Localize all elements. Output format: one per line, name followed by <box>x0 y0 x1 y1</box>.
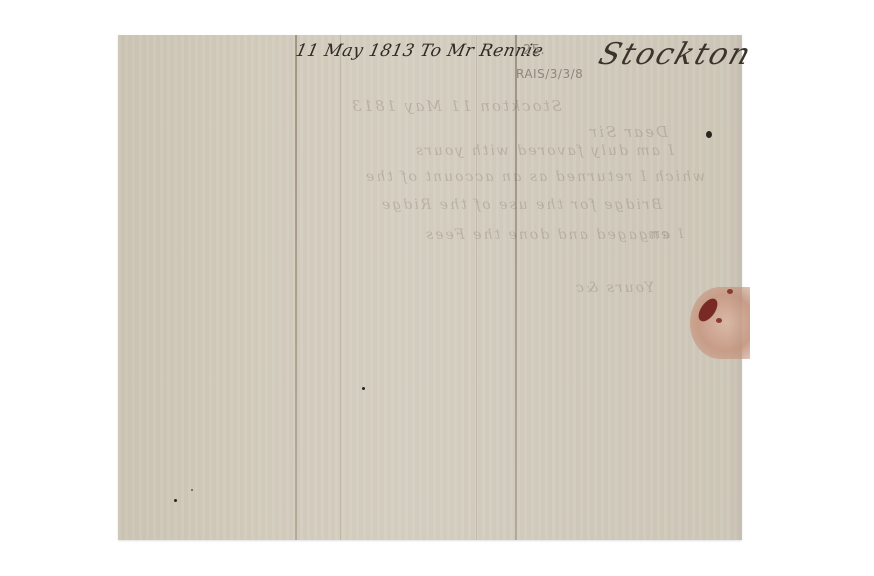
paper-edge <box>728 35 742 540</box>
bleed-through-text: I am duly favored with yours <box>414 143 674 159</box>
ink-speck <box>174 499 177 502</box>
ink-speck <box>362 387 365 390</box>
bleed-through-text: Yours &c <box>574 280 654 296</box>
ink-speck <box>191 489 193 491</box>
letter-paper: 11 May 1813 To Mr Rennie 25. RAIS/3/3/8 … <box>118 35 742 540</box>
bleed-through-text: engaged and done the Fees <box>424 227 669 243</box>
bleed-through-text: which I returned as an account of the <box>364 169 705 185</box>
bleed-through-text: Stockton 11 May 1813 <box>350 97 562 115</box>
bleed-through-text: Dear Sir <box>588 123 668 141</box>
fold-line-left <box>295 35 297 540</box>
ink-spot <box>706 131 712 138</box>
wax-seal-dot <box>716 318 722 323</box>
bleed-through-text: I am <box>646 227 683 242</box>
item-number: 25. <box>523 43 545 58</box>
faint-crease <box>340 35 341 540</box>
catalog-reference: RAIS/3/3/8 <box>516 67 583 81</box>
docket-note: 11 May 1813 To Mr Rennie <box>294 41 545 61</box>
bleed-through-text: Bridge for the use of the Ridge <box>380 197 662 213</box>
